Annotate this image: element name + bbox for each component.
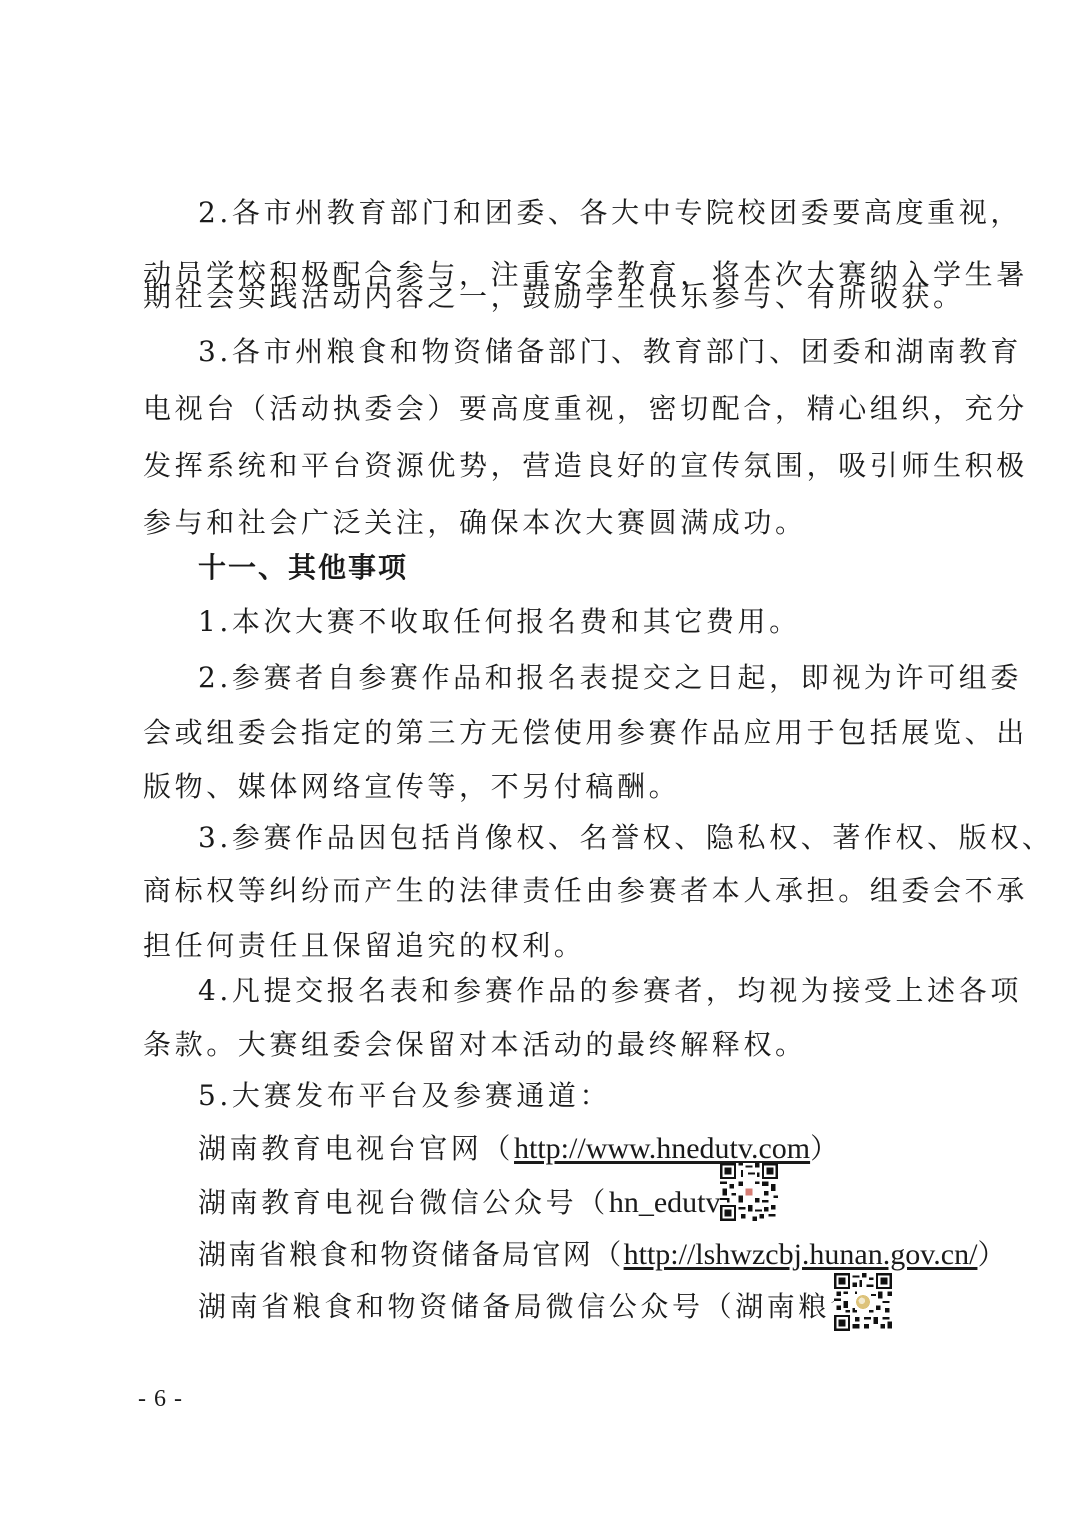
paragraph-line: 2.各市州教育部门和团委、各大中专院校团委要高度重视， <box>198 193 931 233</box>
channel-hnedutv-wechat: 湖南教育电视台微信公众号（hn_edutv） <box>198 1183 998 1223</box>
channel-hnedutv-website: 湖南教育电视台官网（http://www.hnedutv.com） <box>198 1129 998 1169</box>
channel-label: 湖南省粮食和物资储备局官网（ <box>198 1238 624 1271</box>
page-number: - 6 - <box>138 1384 183 1414</box>
list-item-line: 条款。大赛组委会保留对本活动的最终解释权。 <box>143 1025 943 1065</box>
paragraph-line: 期社会实践活动内容之一，鼓励学生快乐参与、有所收获。 <box>143 277 943 317</box>
qr-code-icon <box>834 1273 892 1331</box>
channel-suffix: ） <box>810 1132 842 1165</box>
grain-bureau-website-link[interactable]: http://lshwzcbj.hunan.gov.cn/ <box>624 1238 978 1271</box>
list-item-line: 会或组委会指定的第三方无偿使用参赛作品应用于包括展览、出 <box>143 713 931 753</box>
channel-label: 湖南教育电视台官网（ <box>198 1132 514 1165</box>
list-item-line: 担任何责任且保留追究的权利。 <box>143 926 943 966</box>
qr-code-icon <box>720 1163 778 1221</box>
paragraph-line: 参与和社会广泛关注，确保本次大赛圆满成功。 <box>143 503 943 543</box>
hnedutv-website-link[interactable]: http://www.hnedutv.com <box>514 1132 810 1165</box>
list-item-line: 5.大赛发布平台及参赛通道： <box>198 1076 998 1116</box>
wechat-account-name: hn_edutv <box>609 1186 721 1219</box>
channel-grain-bureau-website: 湖南省粮食和物资储备局官网（http://lshwzcbj.hunan.gov.… <box>198 1235 998 1275</box>
list-item-line: 1.本次大赛不收取任何报名费和其它费用。 <box>198 602 998 642</box>
list-item-line: 商标权等纠纷而产生的法律责任由参赛者本人承担。组委会不承 <box>143 871 931 911</box>
channel-label: 湖南教育电视台微信公众号（ <box>198 1186 609 1219</box>
paragraph-line: 电视台（活动执委会）要高度重视，密切配合，精心组织，充分 <box>143 389 931 429</box>
channel-label: 湖南省粮食和物资储备局微信公众号（ <box>198 1290 735 1323</box>
list-item-line: 4.凡提交报名表和参赛作品的参赛者，均视为接受上述各项 <box>198 971 931 1011</box>
section-heading: 十一、其他事项 <box>198 548 998 588</box>
channel-suffix: ） <box>977 1238 1009 1271</box>
paragraph-line: 发挥系统和平台资源优势，营造良好的宣传氛围，吸引师生积极 <box>143 446 931 486</box>
list-item-line: 3.参赛作品因包括肖像权、名誉权、隐私权、著作权、版权、 <box>198 818 931 858</box>
document-page: 2.各市州教育部门和团委、各大中专院校团委要高度重视， 动员学校积极配合参与，注… <box>0 0 1080 1528</box>
list-item-line: 2.参赛者自参赛作品和报名表提交之日起，即视为许可组委 <box>198 658 931 698</box>
list-item-line: 版物、媒体网络宣传等，不另付稿酬。 <box>143 767 943 807</box>
paragraph-line: 3.各市州粮食和物资储备部门、教育部门、团委和湖南教育 <box>198 332 931 372</box>
